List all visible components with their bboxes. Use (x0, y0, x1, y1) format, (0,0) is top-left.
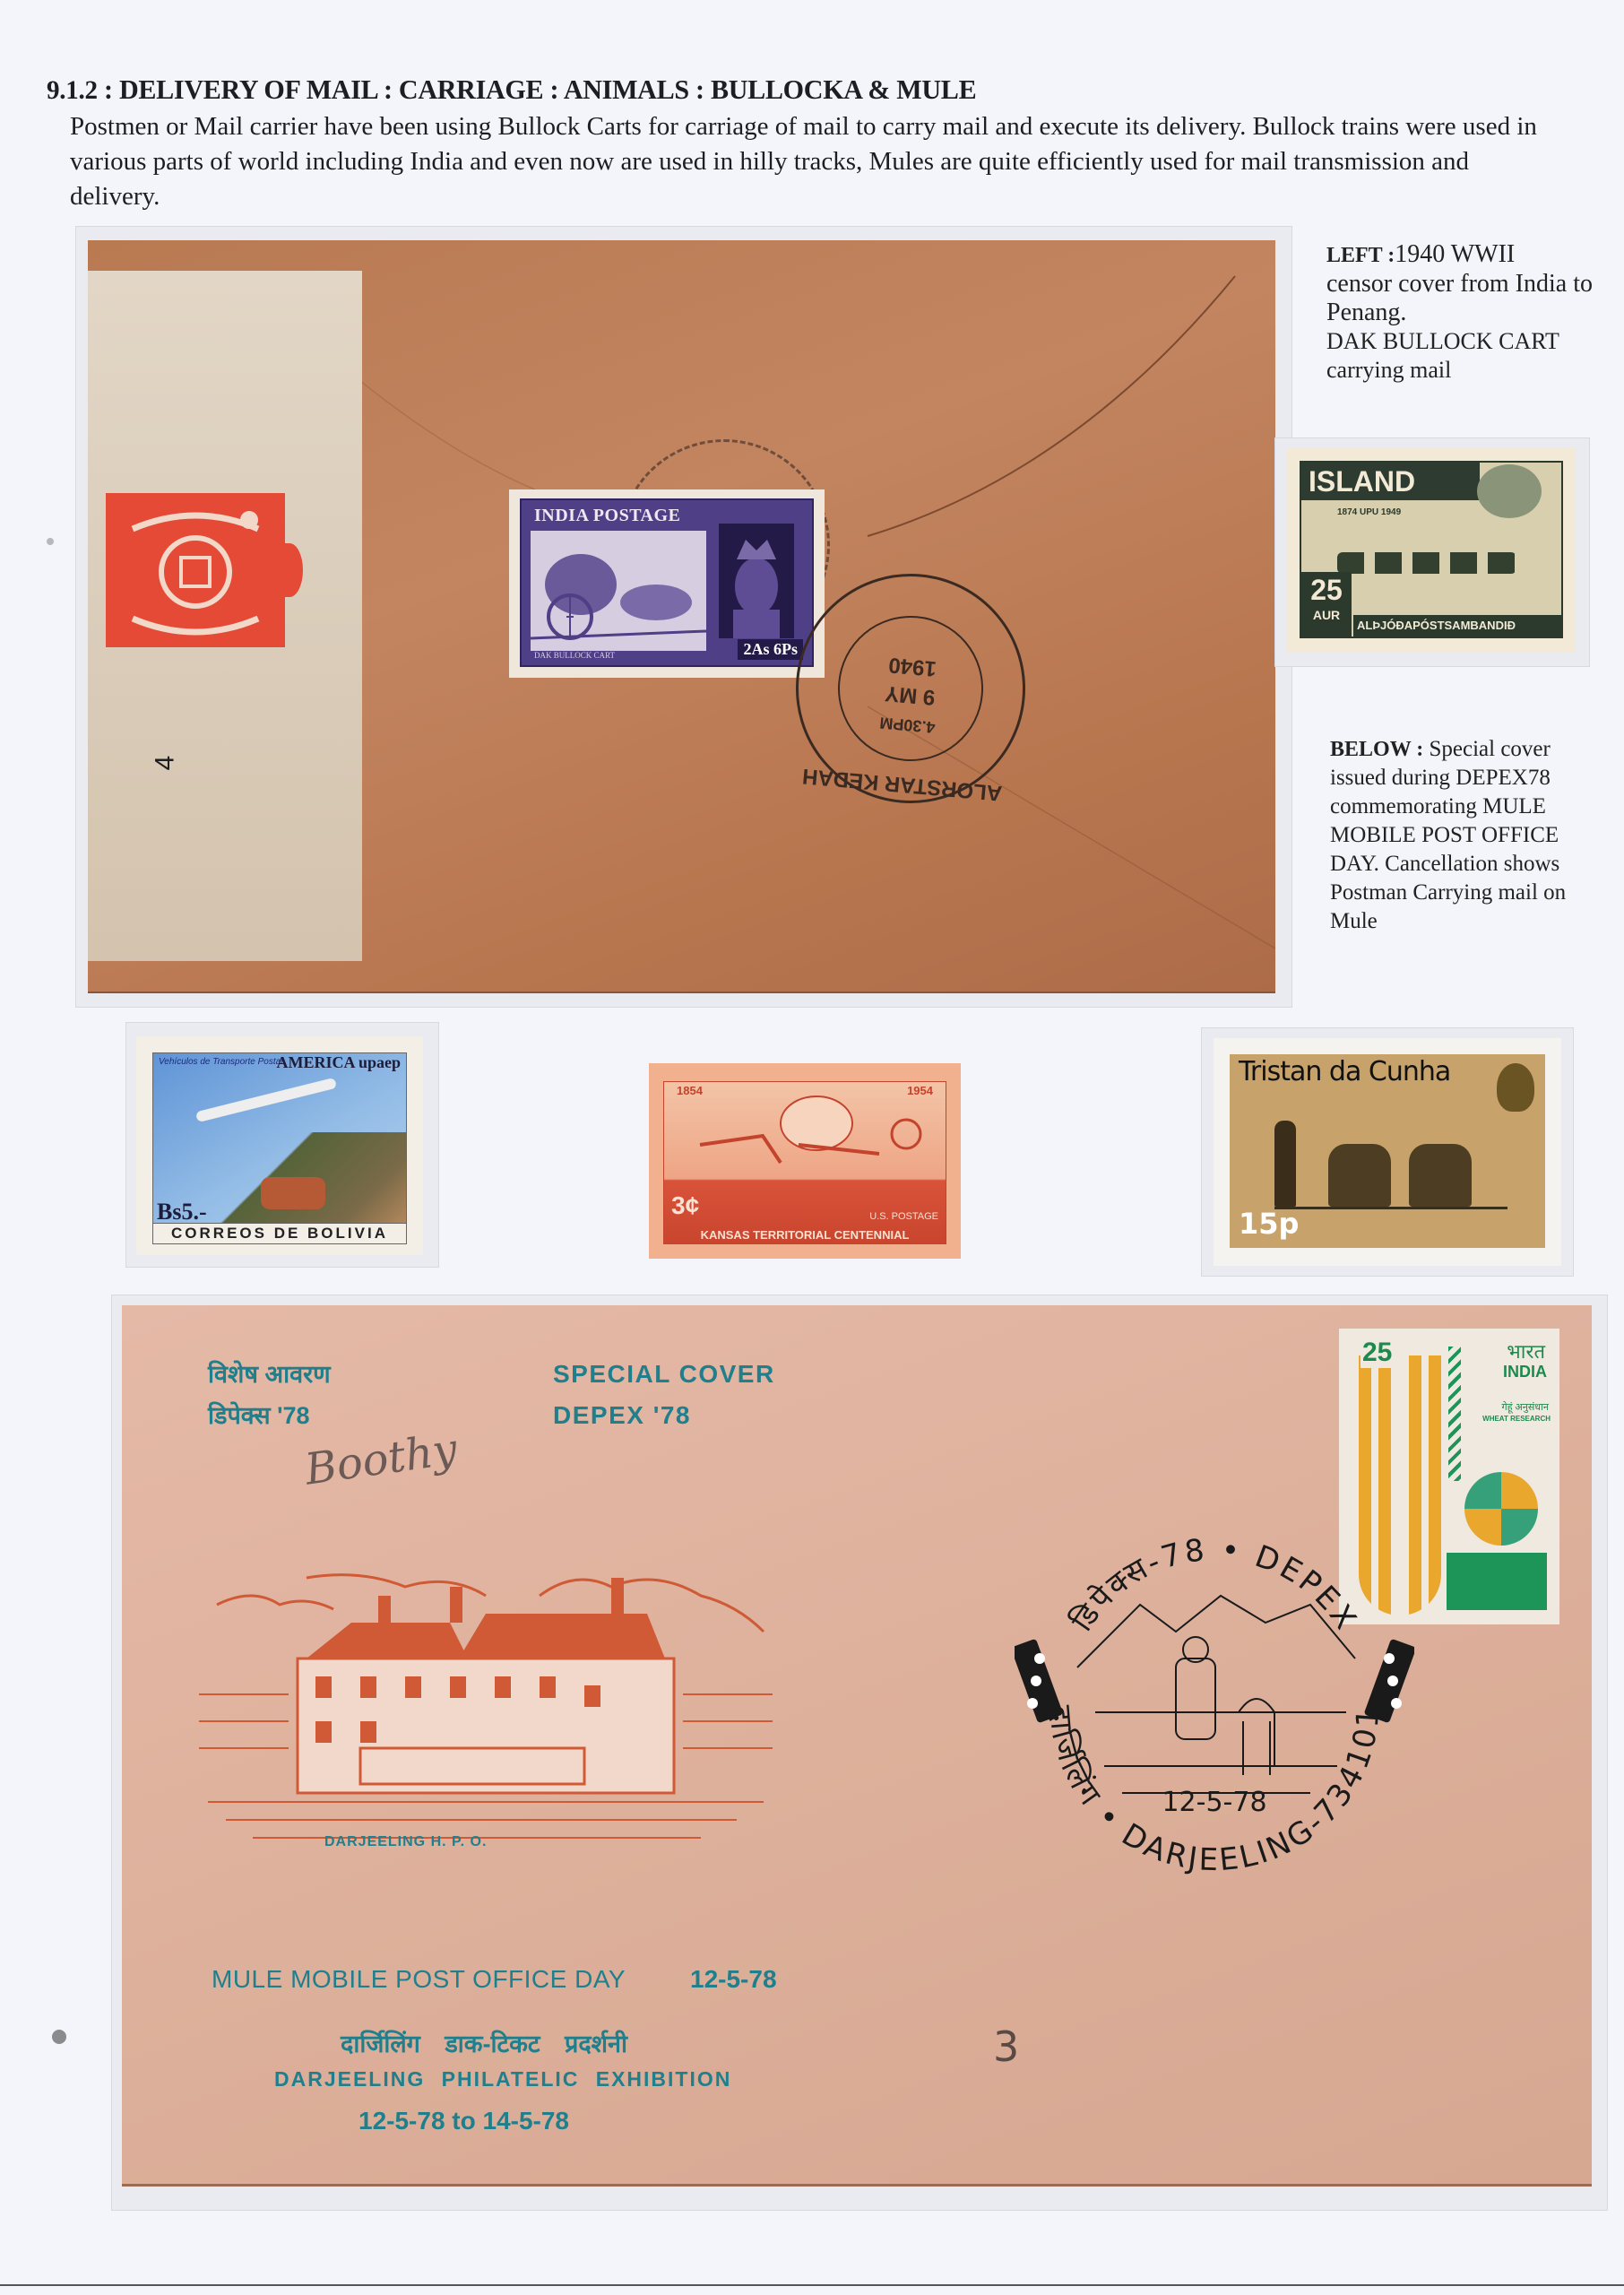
mule-train-illustration (1274, 1117, 1507, 1209)
stamp-value: 2As 6Ps (738, 639, 803, 660)
censor-seal-icon (106, 493, 285, 647)
stamp-footer: ALÞJÓÐAPÓSTSAMBANDIÐ (1353, 615, 1561, 637)
stamp-country-hindi: भारत (1507, 1338, 1545, 1364)
note-left-line2: censor cover from India to Penang. (1326, 270, 1593, 326)
bolivia-upaep-stamp: Vehículos de Transporte Postal AMERICA u… (136, 1036, 423, 1255)
globe-icon (1464, 1472, 1538, 1546)
exhibition-dates: 12-5-78 to 14-5-78 (358, 2107, 569, 2135)
queen-silhouette-icon (1497, 1063, 1534, 1112)
binder-hole (47, 538, 54, 545)
special-cover-title: SPECIAL COVER DEPEX '78 (553, 1354, 775, 1436)
stamp-value: 3¢ (671, 1191, 699, 1220)
intro-paragraph: Postmen or Mail carrier have been using … (70, 109, 1558, 214)
stamp-country: Tristan da Cunha (1239, 1056, 1450, 1087)
depex-cancellation-postmark: डिपेक्स-78 • DEPEX दार्जिलिंग • DARJEELI… (1015, 1506, 1414, 1906)
mule-day-date: 12-5-78 (690, 1965, 777, 1994)
stamp-value: 25 (1361, 1338, 1394, 1368)
stamp-top-text: Vehículos de Transporte Postal (159, 1057, 282, 1067)
censor-number: 4 (150, 756, 180, 771)
pencil-mark: 3 (993, 2022, 1019, 2071)
building-caption: DARJEELING H. P. O. (324, 1834, 487, 1850)
cancel-date: 12-5-78 (1162, 1787, 1266, 1818)
iceland-upu-stamp: ISLAND 1874 UPU 1949 25 AUR ALÞJÓÐAPÓSTS… (1287, 448, 1576, 653)
pony-caravan-illustration (1337, 552, 1516, 574)
stamp-theme: WHEAT RESEARCH (1482, 1415, 1551, 1423)
cancel-top-text: डिपेक्स-78 • DEPEX (1064, 1532, 1364, 1638)
stamp-title: INDIA POSTAGE (534, 506, 680, 526)
darjeeling-hpo-building-illustration (199, 1560, 773, 1856)
tristan-da-cunha-stamp: Tristan da Cunha 15p (1214, 1038, 1561, 1266)
stamp-value: 25 AUR (1301, 572, 1352, 637)
stamp-theme-hindi: गेहूं अनुसंधान (1502, 1400, 1549, 1414)
stamp-subtitle: 1874 UPU 1949 (1337, 507, 1401, 517)
airplane-illustration (195, 1078, 337, 1122)
note-below-label: BELOW : (1330, 738, 1423, 761)
heading-text: DELIVERY OF MAIL : CARRIAGE : ANIMALS : … (119, 74, 976, 105)
stamp-footer: KANSAS TERRITORIAL CENTENNIAL (664, 1228, 946, 1242)
mule-day-title: MULE MOBILE POST OFFICE DAY (212, 1965, 626, 1994)
kansas-centennial-stamp: 1854 1954 3¢ U.S. POSTAGE KANSAS TERRITO… (649, 1063, 961, 1259)
stamp-country: ISLAND (1301, 463, 1480, 500)
stamp-country: U.S. POSTAGE (869, 1211, 938, 1222)
note-below: BELOW : Special cover issued during DEPE… (1330, 735, 1599, 936)
india-bullock-cart-stamp: INDIA POSTAGE DAK BULLOCK CART 2As 6Ps (509, 489, 825, 678)
ox-cart-illustration (261, 1177, 325, 1209)
binder-hole (52, 2030, 66, 2044)
title-line-2: DEPEX '78 (553, 1395, 775, 1436)
hindi-title: विशेष आवरण डिपेक्स '78 (208, 1354, 331, 1436)
bullock-cart-illustration (531, 531, 706, 651)
page-bottom-rule (0, 2284, 1624, 2286)
svg-text:डिपेक्स-78 • DEPEX: डिपेक्स-78 • DEPEX (1064, 1532, 1364, 1638)
stamp-caption: DAK BULLOCK CART (534, 651, 615, 660)
stepped-base-icon (1447, 1553, 1547, 1610)
hindi-exhibition-title: दार्जिलिंग डाक-टिकट प्रदर्शनी (341, 2026, 627, 2059)
hindi-line-2: डिपेक्स '78 (208, 1395, 331, 1436)
stamp-country: CORREOS DE BOLIVIA (152, 1223, 407, 1244)
note-left-line3: DAK BULLOCK CART carrying mail (1326, 328, 1559, 383)
wagon-train-illustration (664, 1091, 947, 1181)
stamp-country: INDIA (1503, 1363, 1547, 1381)
hindi-line-1: विशेष आवरण (208, 1354, 331, 1395)
king-george-portrait (719, 524, 794, 638)
title-line-1: SPECIAL COVER (553, 1354, 775, 1395)
stamp-series: AMERICA upaep (276, 1053, 401, 1072)
note-left-line1: 1940 WWII (1395, 240, 1515, 268)
exhibition-title: DARJEELING PHILATELIC EXHIBITION (274, 2067, 731, 2091)
stamp-value: Bs5.- (157, 1199, 207, 1225)
stamp-value: 15p (1239, 1207, 1299, 1241)
section-number: 9.1.2 (47, 75, 98, 105)
upu-globe-icon (1477, 464, 1542, 518)
note-left: LEFT :1940 WWII censor cover from India … (1326, 240, 1613, 385)
page-heading: 9.1.2 : DELIVERY OF MAIL : CARRIAGE : AN… (47, 74, 976, 106)
dna-helix-icon (1448, 1347, 1461, 1481)
note-left-label: LEFT : (1326, 244, 1395, 267)
note-below-text: Special cover issued during DEPEX78 comm… (1330, 737, 1566, 933)
